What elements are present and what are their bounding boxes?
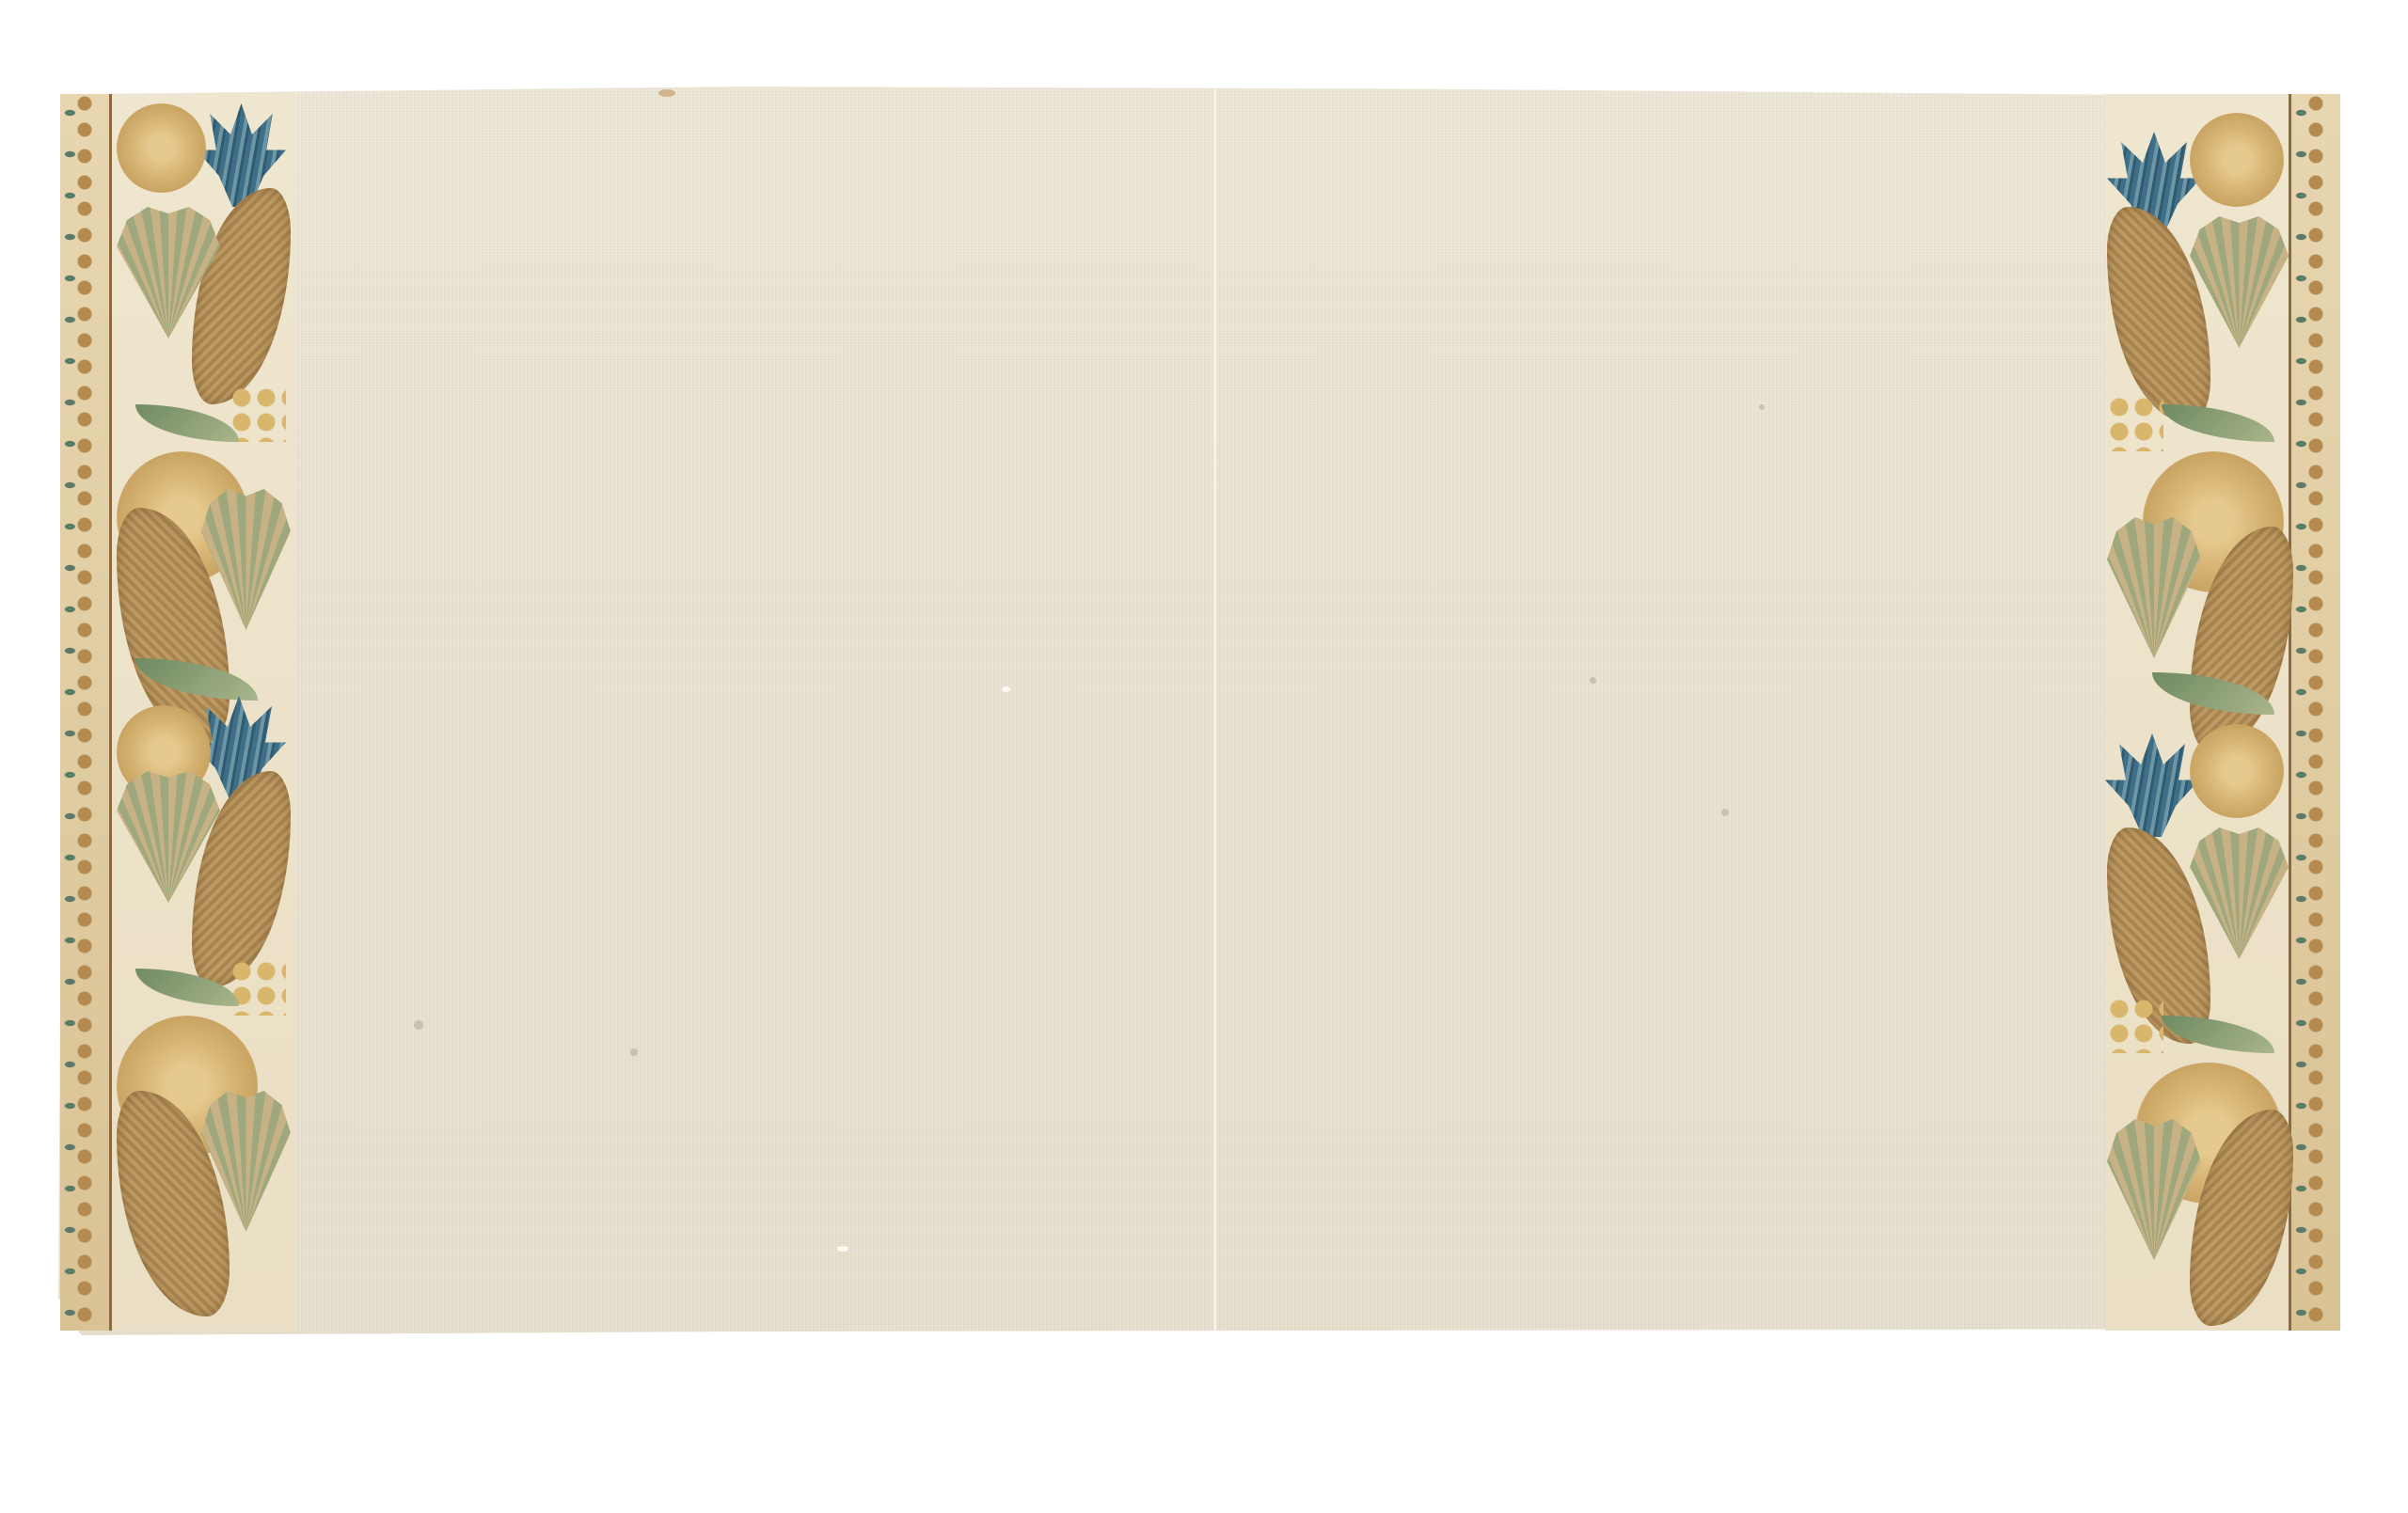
berry-cluster-motif <box>2107 997 2163 1053</box>
center-fold-line <box>1213 89 1218 1331</box>
fan-palmette-motif <box>2107 1119 2201 1260</box>
right-embroidered-border <box>2105 94 2340 1331</box>
stain <box>1590 677 1596 684</box>
spot <box>837 1246 848 1252</box>
linen-textile <box>58 87 2342 1335</box>
rosette-motif <box>2190 724 2284 818</box>
stain <box>1721 809 1729 816</box>
stain <box>1759 404 1765 410</box>
blue-lotus-motif <box>2105 733 2199 837</box>
rosette-motif <box>2190 113 2284 207</box>
leaf-motif <box>2162 404 2274 442</box>
spot <box>1002 686 1010 692</box>
vine-edge-strip <box>2291 94 2340 1331</box>
spot <box>658 89 675 97</box>
leaf-motif <box>135 404 239 442</box>
berry-cluster-motif <box>230 959 286 1016</box>
vine-edge-strip <box>60 94 109 1331</box>
outline-stitch <box>109 94 112 1331</box>
stain <box>630 1048 638 1056</box>
rosette-motif <box>117 103 206 193</box>
leaf-motif <box>2162 1016 2274 1053</box>
berry-cluster-motif <box>230 386 286 442</box>
fan-palmette-motif <box>2107 517 2201 658</box>
left-embroidered-border <box>60 94 295 1331</box>
stain <box>414 1020 423 1030</box>
gold-feather-leaf-motif <box>2107 207 2210 423</box>
berry-cluster-motif <box>2107 395 2163 451</box>
